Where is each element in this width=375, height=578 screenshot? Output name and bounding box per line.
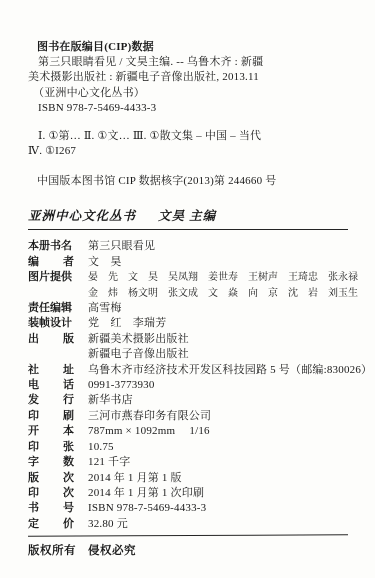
series-title: 亚洲中心文化丛书 bbox=[28, 206, 136, 224]
colophon-label-char: 定 bbox=[28, 517, 39, 532]
colophon-label-char: 社 bbox=[28, 363, 39, 378]
cip-title-line: 第三只眼睛看见 / 文昊主编. -- 乌鲁木齐 : 新疆 bbox=[28, 55, 348, 70]
colophon-row: 责任编辑 高雪梅 bbox=[28, 301, 348, 316]
colophon-label: 印刷 bbox=[28, 409, 74, 424]
colophon-row: 社址 乌鲁木齐市经济技术开发区科技园路 5 号（邮编:830026） bbox=[28, 363, 348, 378]
colophon-label-char: 版 bbox=[28, 471, 39, 486]
colophon-value-line: 787mm × 1092mm 1/16 bbox=[88, 424, 210, 439]
colophon-value-line: 高雪梅 bbox=[88, 301, 122, 316]
colophon-label: 版次 bbox=[28, 471, 74, 486]
colophon-label-char: 电 bbox=[28, 378, 39, 393]
copyright-page: 图书在版编目(CIP)数据 第三只眼睛看见 / 文昊主编. -- 乌鲁木齐 : … bbox=[0, 0, 375, 578]
colophon-value: 10.75 bbox=[88, 440, 114, 455]
colophon-label-char: 出 bbox=[28, 332, 39, 363]
colophon-label: 责任编辑 bbox=[28, 301, 74, 316]
colophon-label: 发行 bbox=[28, 393, 74, 408]
colophon-label-char: 发 bbox=[28, 393, 39, 408]
colophon-value: 121 千字 bbox=[88, 455, 130, 470]
colophon-label: 印张 bbox=[28, 440, 74, 455]
cip-publisher-line: 美术摄影出版社 : 新疆电子音像出版社, 2013.11 bbox=[28, 70, 348, 85]
colophon-value-line: ISBN 978-7-5469-4433-3 bbox=[88, 501, 206, 516]
colophon-label-char: 址 bbox=[63, 363, 74, 378]
cip-series-line: （亚洲中心文化丛书） bbox=[28, 86, 348, 101]
colophon-value-line: 2014 年 1 月第 1 次印刷 bbox=[88, 486, 204, 501]
colophon-value-line: 2014 年 1 月第 1 版 bbox=[88, 471, 182, 486]
colophon-label-char: 者 bbox=[63, 255, 74, 270]
colophon-row: 出版 新疆美术摄影出版社新疆电子音像出版社 bbox=[28, 332, 348, 363]
colophon-label: 印次 bbox=[28, 486, 74, 501]
colophon-value-line: 三河市燕春印务有限公司 bbox=[88, 409, 211, 424]
colophon-label-char: 字 bbox=[28, 455, 39, 470]
colophon-value-line: 文 昊 bbox=[88, 255, 122, 270]
colophon-label: 字数 bbox=[28, 455, 74, 470]
colophon-label-char: 话 bbox=[63, 378, 74, 393]
colophon-value-line: 新华书店 bbox=[88, 393, 133, 408]
colophon-label-char: 印 bbox=[28, 440, 39, 455]
colophon-label-char: 本 bbox=[63, 424, 74, 439]
colophon-value-line: 新疆电子音像出版社 bbox=[88, 347, 189, 362]
colophon-row: 图片提供 晏 先 文 昊 吴凤翔 姜世寿 王树声 王琦忠 张永禄金 炜 杨文明 … bbox=[28, 270, 348, 301]
colophon-label-char: 编 bbox=[28, 255, 39, 270]
colophon-value: 三河市燕春印务有限公司 bbox=[88, 409, 211, 424]
top-divider bbox=[28, 229, 348, 230]
colophon-label-char: 书 bbox=[28, 501, 39, 516]
colophon-label: 书号 bbox=[28, 501, 74, 516]
cip-classification-block: Ⅰ. ①第… Ⅱ. ①文… Ⅲ. ①散文集 – 中国 – 当代 Ⅳ. ①I267 bbox=[28, 129, 348, 159]
colophon-label: 电话 bbox=[28, 378, 74, 393]
colophon-value: 32.80 元 bbox=[88, 517, 128, 532]
cip-isbn-line: ISBN 978-7-5469-4433-3 bbox=[28, 101, 348, 116]
colophon-label: 装帧设计 bbox=[28, 316, 74, 331]
colophon-value: 党 红 李瑞芳 bbox=[88, 316, 166, 331]
colophon-row: 版次 2014 年 1 月第 1 版 bbox=[28, 471, 348, 486]
colophon-value-line: 新疆美术摄影出版社 bbox=[88, 332, 189, 347]
colophon-row: 电话 0991-3773930 bbox=[28, 378, 348, 393]
classification-line-2: Ⅳ. ①I267 bbox=[28, 144, 348, 159]
colophon-row: 发行 新华书店 bbox=[28, 393, 348, 408]
colophon-value: 乌鲁木齐市经济技术开发区科技园路 5 号（邮编:830026） bbox=[88, 363, 372, 378]
classification-line-1: Ⅰ. ①第… Ⅱ. ①文… Ⅲ. ①散文集 – 中国 – 当代 bbox=[28, 129, 348, 144]
colophon-label-char: 次 bbox=[63, 471, 74, 486]
colophon-value-line: 32.80 元 bbox=[88, 517, 128, 532]
colophon-value: 2014 年 1 月第 1 次印刷 bbox=[88, 486, 204, 501]
colophon-value: 2014 年 1 月第 1 版 bbox=[88, 471, 182, 486]
colophon-label-char: 责任编辑 bbox=[28, 301, 72, 316]
colophon-value: 新疆美术摄影出版社新疆电子音像出版社 bbox=[88, 332, 189, 363]
colophon-value-line: 晏 先 文 昊 吴凤翔 姜世寿 王树声 王琦忠 张永禄 bbox=[88, 270, 358, 285]
colophon-row: 印刷 三河市燕春印务有限公司 bbox=[28, 409, 348, 424]
colophon-value: 0991-3773930 bbox=[88, 378, 155, 393]
colophon-label-char: 张 bbox=[63, 440, 74, 455]
colophon-value-line: 121 千字 bbox=[88, 455, 130, 470]
colophon-label-char: 行 bbox=[63, 393, 74, 408]
colophon-value: 高雪梅 bbox=[88, 301, 122, 316]
colophon-value-line: 党 红 李瑞芳 bbox=[88, 316, 166, 331]
colophon-value-line: 0991-3773930 bbox=[88, 378, 155, 393]
colophon-label-char: 价 bbox=[63, 517, 74, 532]
colophon-label: 图片提供 bbox=[28, 270, 74, 301]
colophon-label-char: 本册书名 bbox=[28, 239, 72, 254]
series-header: 亚洲中心文化丛书 文昊 主编 bbox=[28, 206, 348, 224]
series-editor: 文昊 主编 bbox=[158, 206, 216, 224]
colophon-row: 装帧设计 党 红 李瑞芳 bbox=[28, 316, 348, 331]
cip-data-block: 图书在版编目(CIP)数据 第三只眼睛看见 / 文昊主编. -- 乌鲁木齐 : … bbox=[28, 40, 348, 116]
colophon-row: 印次 2014 年 1 月第 1 次印刷 bbox=[28, 486, 348, 501]
colophon-row: 印张 10.75 bbox=[28, 440, 348, 455]
colophon-label: 编者 bbox=[28, 255, 74, 270]
colophon-row: 字数 121 千字 bbox=[28, 455, 348, 470]
colophon-value: 第三只眼看见 bbox=[88, 239, 155, 254]
colophon-row: 书号 ISBN 978-7-5469-4433-3 bbox=[28, 501, 348, 516]
colophon-row: 本册书名 第三只眼看见 bbox=[28, 239, 348, 254]
colophon-label-char: 次 bbox=[63, 486, 74, 501]
colophon-label-char: 版 bbox=[63, 332, 74, 363]
colophon-row: 编者 文 昊 bbox=[28, 255, 348, 270]
colophon-label: 出版 bbox=[28, 332, 74, 363]
bottom-divider bbox=[28, 534, 348, 536]
colophon-value: 新华书店 bbox=[88, 393, 133, 408]
colophon-label-char: 数 bbox=[63, 455, 74, 470]
colophon-value: 晏 先 文 昊 吴凤翔 姜世寿 王树声 王琦忠 张永禄金 炜 杨文明 张文成 文… bbox=[88, 270, 358, 301]
colophon-value: 787mm × 1092mm 1/16 bbox=[88, 424, 210, 439]
colophon-value-line: 10.75 bbox=[88, 440, 114, 455]
colophon-value-line: 金 炜 杨文明 张文成 文 焱 向 京 沈 岩 刘玉生 bbox=[88, 286, 358, 301]
colophon-value-line: 第三只眼看见 bbox=[88, 239, 155, 254]
colophon-label-char: 印 bbox=[28, 409, 39, 424]
colophon-label: 开本 bbox=[28, 424, 74, 439]
colophon-label: 本册书名 bbox=[28, 239, 74, 254]
colophon-label-char: 开 bbox=[28, 424, 39, 439]
cip-record-number: 中国版本图书馆 CIP 数据核字(2013)第 244660 号 bbox=[28, 172, 348, 188]
colophon-value: ISBN 978-7-5469-4433-3 bbox=[88, 501, 206, 516]
colophon-label-char: 印 bbox=[28, 486, 39, 501]
colophon-table: 本册书名 第三只眼看见 编者 文 昊 图片提供 晏 先 文 昊 吴凤翔 姜世寿 … bbox=[28, 239, 348, 532]
cip-heading: 图书在版编目(CIP)数据 bbox=[28, 40, 348, 55]
colophon-row: 开本 787mm × 1092mm 1/16 bbox=[28, 424, 348, 439]
colophon-label-char: 刷 bbox=[63, 409, 74, 424]
colophon-label: 社址 bbox=[28, 363, 74, 378]
colophon-label-char: 图片提供 bbox=[28, 270, 72, 301]
colophon-value: 文 昊 bbox=[88, 255, 122, 270]
copyright-notice: 版权所有 侵权必究 bbox=[28, 542, 348, 558]
colophon-row: 定价 32.80 元 bbox=[28, 517, 348, 532]
colophon-label-char: 装帧设计 bbox=[28, 316, 72, 331]
colophon-label: 定价 bbox=[28, 517, 74, 532]
colophon-value-line: 乌鲁木齐市经济技术开发区科技园路 5 号（邮编:830026） bbox=[88, 363, 372, 378]
colophon-label-char: 号 bbox=[63, 501, 74, 516]
